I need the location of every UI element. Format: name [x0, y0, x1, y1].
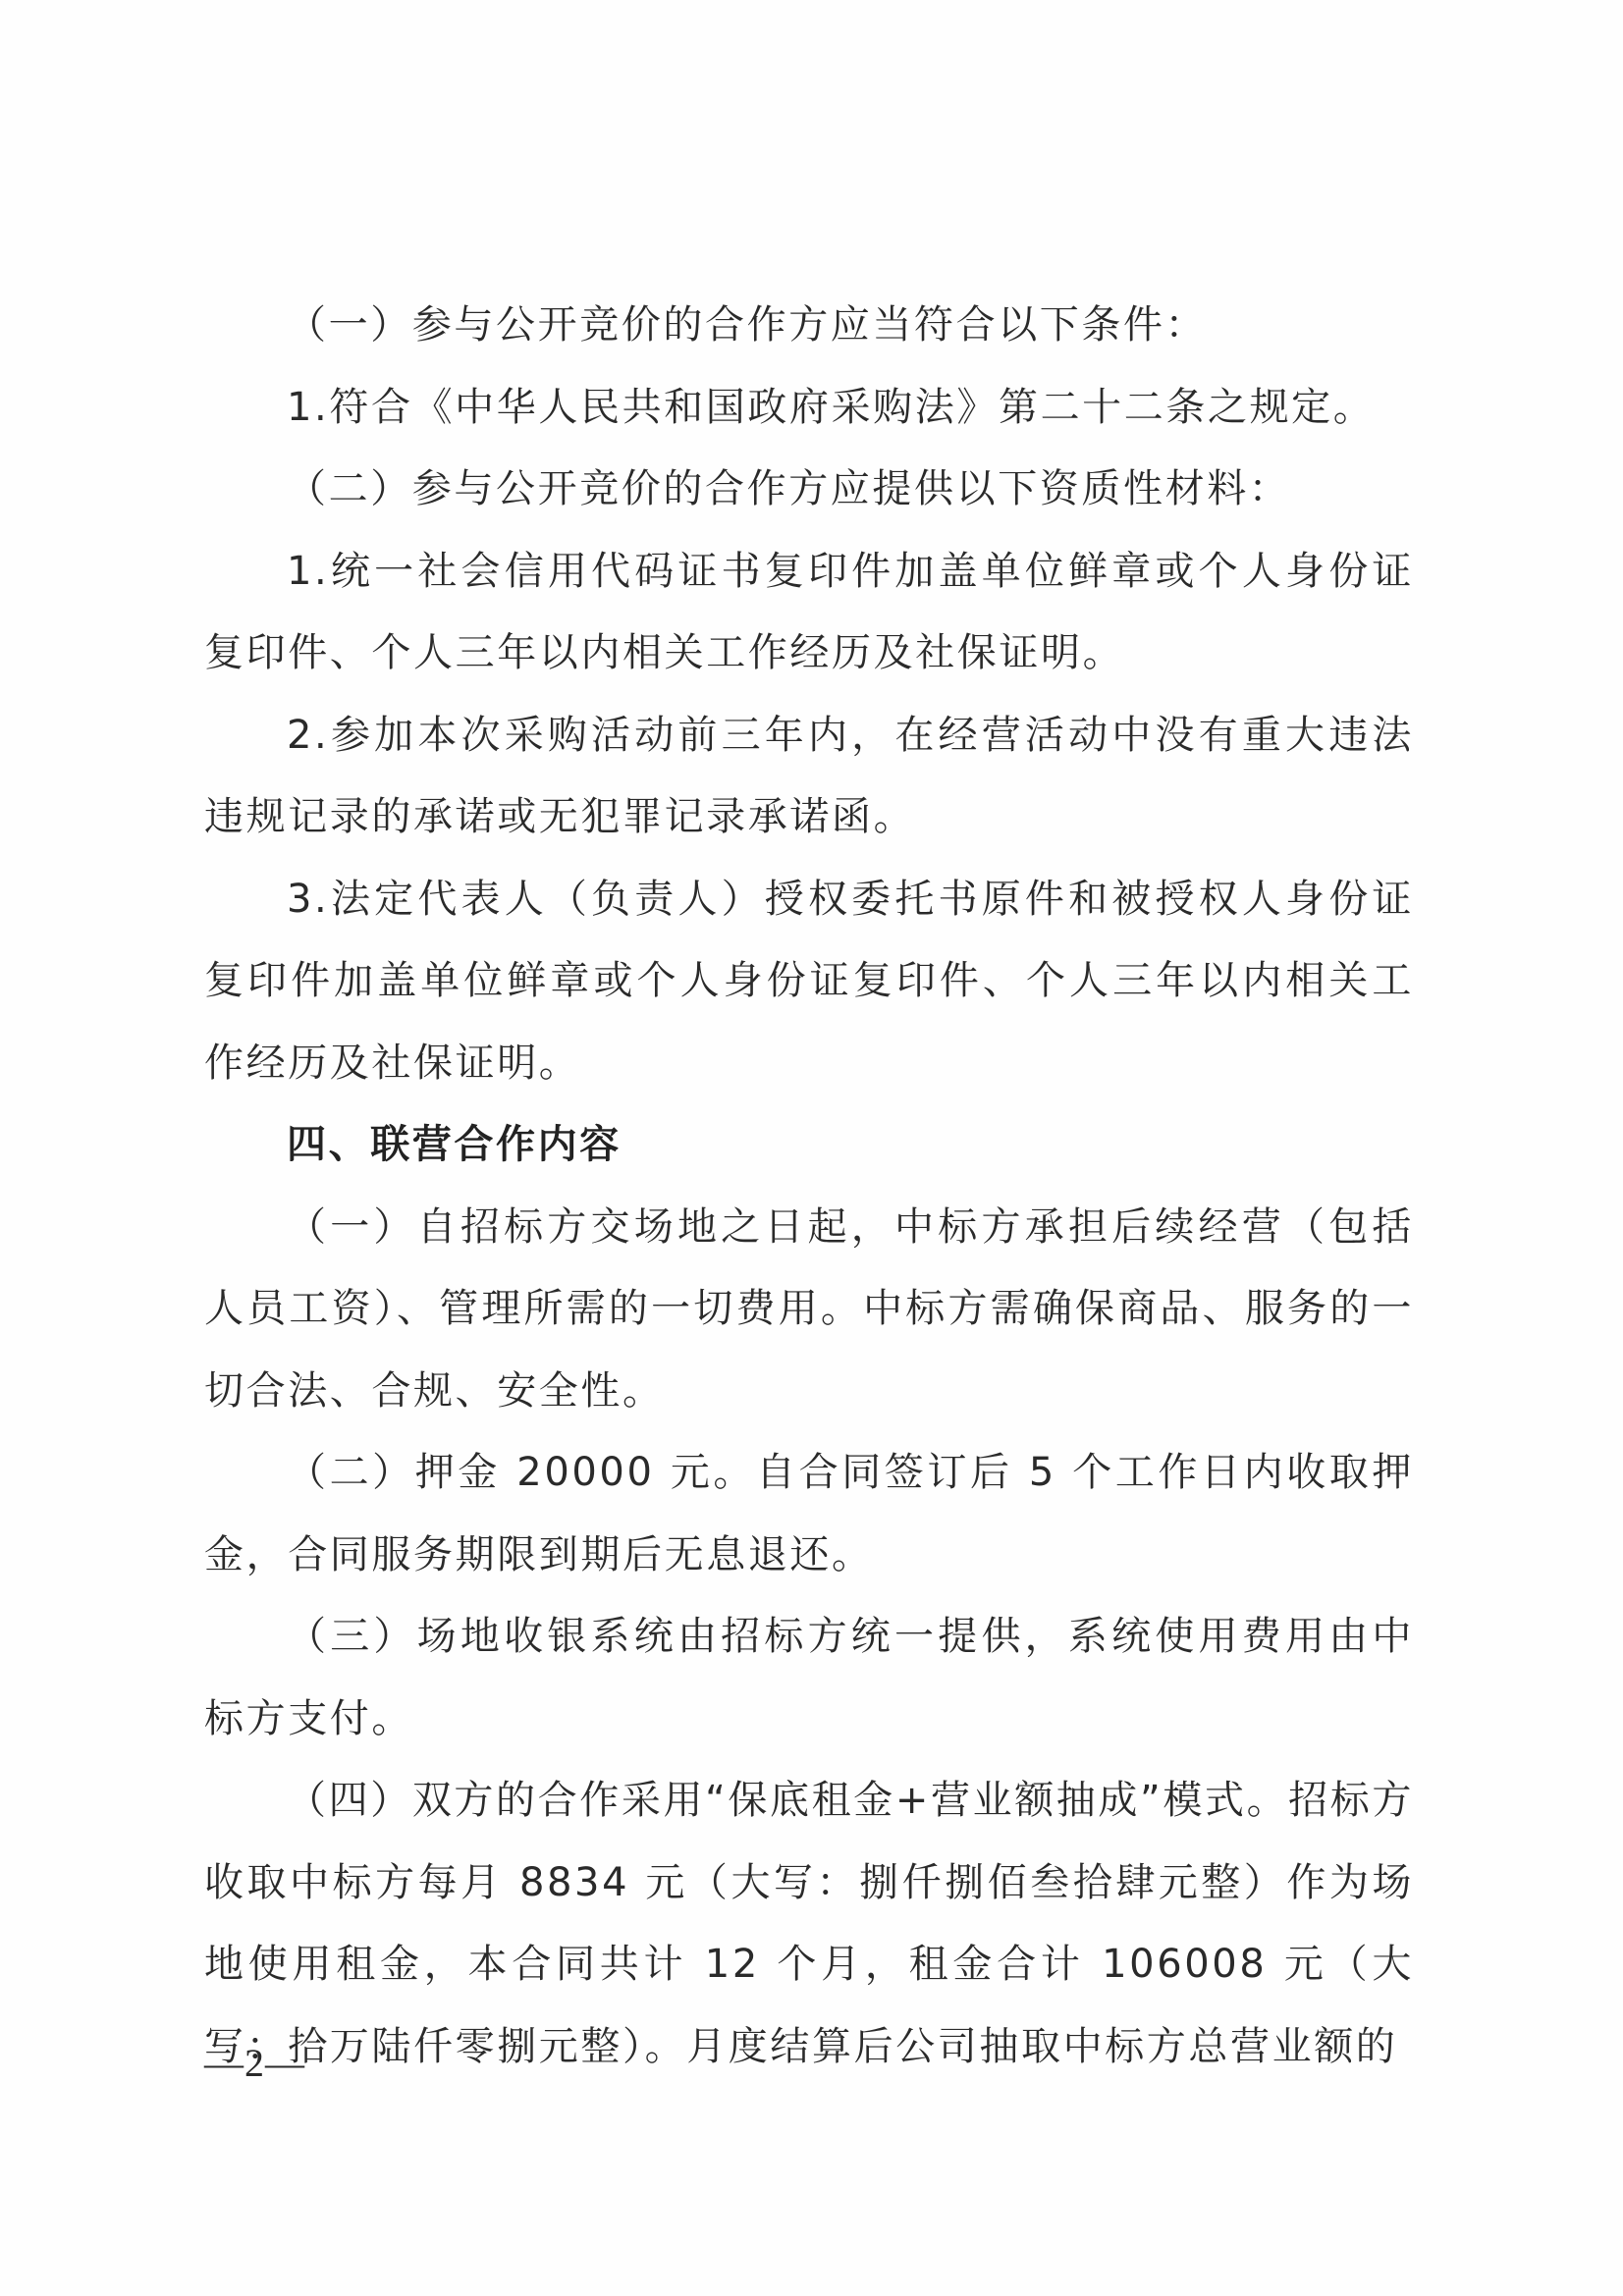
item-procurement-law-article-22: 1.符合《中华人民共和国政府采购法》第二十二条之规定。 — [204, 367, 1414, 450]
subsection-qualification-materials: （二）参与公开竞价的合作方应提供以下资质性材料： — [204, 449, 1414, 531]
item-credit-code-certificate: 1.统一社会信用代码证书复印件加盖单位鲜章或个人身份证复印件、个人三年以内相关工… — [204, 531, 1414, 695]
document-page: （一）参与公开竞价的合作方应当符合以下条件： 1.符合《中华人民共和国政府采购法… — [0, 0, 1623, 2296]
document-body: （一）参与公开竞价的合作方应当符合以下条件： 1.符合《中华人民共和国政府采购法… — [204, 285, 1414, 2088]
subsection-deposit: （二）押金 20000 元。自合同签订后 5 个工作日内收取押金，合同服务期限到… — [204, 1432, 1414, 1596]
subsection-cashier-system: （三）场地收银系统由招标方统一提供，系统使用费用由中标方支付。 — [204, 1596, 1414, 1760]
subsection-rent-model: （四）双方的合作采用“保底租金+营业额抽成”模式。招标方收取中标方每月 8834… — [204, 1760, 1414, 2088]
subsection-operating-costs: （一）自招标方交场地之日起，中标方承担后续经营（包括人员工资）、管理所需的一切费… — [204, 1187, 1414, 1433]
item-no-violation-commitment: 2.参加本次采购活动前三年内，在经营活动中没有重大违法违规记录的承诺或无犯罪记录… — [204, 695, 1414, 859]
page-number: —2— — [204, 2040, 305, 2086]
subsection-eligibility-conditions: （一）参与公开竞价的合作方应当符合以下条件： — [204, 285, 1414, 367]
item-authorization-letter: 3.法定代表人（负责人）授权委托书原件和被授权人身份证复印件加盖单位鲜章或个人身… — [204, 859, 1414, 1105]
section-heading-joint-operation: 四、联营合作内容 — [204, 1104, 1414, 1187]
